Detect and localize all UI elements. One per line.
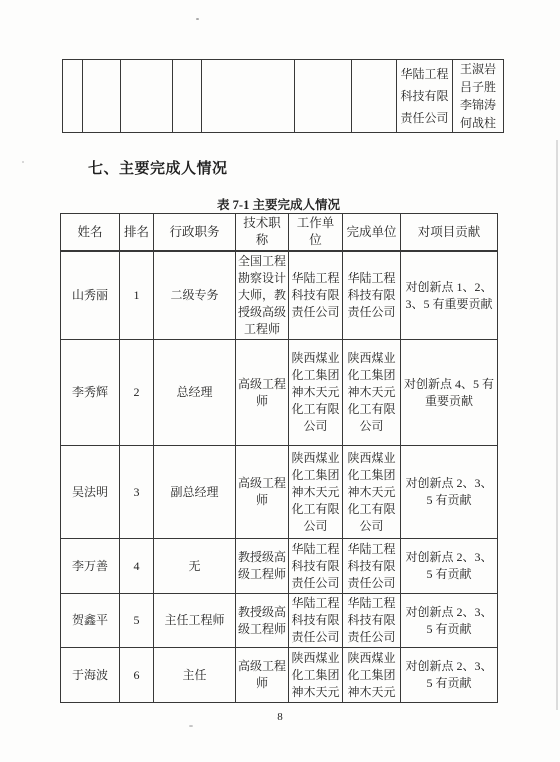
cell-name: 吴法明 xyxy=(61,446,120,539)
header-cell-name: 姓名 xyxy=(61,214,120,252)
completers-table: 姓名 排名 行政职务 技术职称 工作单位 完成单位 对项目贡献 山秀丽 1 二级… xyxy=(60,213,498,703)
cell-completing-unit: 陕西煤业化工集团神木天元化工有限公司 xyxy=(343,340,401,446)
table-row: 山秀丽 1 二级专务 全国工程勘察设计大师，教授级高级工程师 华陆工程科技有限责… xyxy=(61,251,498,340)
cell-tech-title: 高级工程师 xyxy=(236,340,289,446)
empty-cell xyxy=(352,60,397,133)
empty-cell xyxy=(121,60,173,133)
cell-admin-title: 总经理 xyxy=(154,340,236,446)
cell-rank: 2 xyxy=(120,340,154,446)
header-cell-contribution: 对项目贡献 xyxy=(401,214,498,252)
cell-admin-title: 副总经理 xyxy=(154,446,236,539)
cell-completing-unit: 陕西煤业化工集团神木天元化工有限公司 xyxy=(343,446,401,539)
empty-cell xyxy=(173,60,202,133)
cell-work-unit: 华陆工程科技有限责任公司 xyxy=(289,539,343,594)
cell-work-unit: 陕西煤业化工集团神木天元化工有限公司 xyxy=(289,446,343,539)
table-row: 于海波 6 主任 高级工程师 陕西煤业化工集团神木天元 陕西煤业化工集团神木天元… xyxy=(61,648,498,703)
scan-speck xyxy=(22,161,24,163)
cell-name: 李万善 xyxy=(61,539,120,594)
cell-tech-title: 全国工程勘察设计大师，教授级高级工程师 xyxy=(236,251,289,340)
empty-cell xyxy=(295,60,352,133)
cell-work-unit: 陕西煤业化工集团神木天元 xyxy=(289,648,343,703)
empty-cell xyxy=(63,60,83,133)
header-cell-work-unit: 工作单位 xyxy=(289,214,343,252)
unit-cell: 华陆工程科技有限责任公司 xyxy=(397,60,453,133)
cell-admin-title: 无 xyxy=(154,539,236,594)
table-row: 李秀辉 2 总经理 高级工程师 陕西煤业化工集团神木天元化工有限公司 陕西煤业化… xyxy=(61,340,498,446)
cell-name: 于海波 xyxy=(61,648,120,703)
cell-rank: 4 xyxy=(120,539,154,594)
page-number: 8 xyxy=(0,711,560,723)
table-title: 表 7-1 主要完成人情况 xyxy=(60,195,497,213)
cell-tech-title: 高级工程师 xyxy=(236,446,289,539)
cell-contribution: 对创新点 2、3、5 有贡献 xyxy=(401,594,498,648)
cell-work-unit: 华陆工程科技有限责任公司 xyxy=(289,251,343,340)
cell-completing-unit: 华陆工程科技有限责任公司 xyxy=(343,251,401,340)
cell-completing-unit: 华陆工程科技有限责任公司 xyxy=(343,594,401,648)
cell-completing-unit: 陕西煤业化工集团神木天元 xyxy=(343,648,401,703)
document-page: 华陆工程科技有限责任公司 王淑岩 吕子胜 李锦涛 何战柱 七、主要完成人情况 表… xyxy=(0,0,560,762)
cell-admin-title: 主任 xyxy=(154,648,236,703)
cell-contribution: 对创新点 2、3、5 有贡献 xyxy=(401,648,498,703)
cell-contribution: 对创新点 1、2、3、5 有重要贡献 xyxy=(401,251,498,340)
cell-rank: 1 xyxy=(120,251,154,340)
cell-rank: 6 xyxy=(120,648,154,703)
table-row: 贺鑫平 5 主任工程师 教授级高级工程师 华陆工程科技有限责任公司 华陆工程科技… xyxy=(61,594,498,648)
cell-admin-title: 二级专务 xyxy=(154,251,236,340)
cell-name: 贺鑫平 xyxy=(61,594,120,648)
table-row: 吴法明 3 副总经理 高级工程师 陕西煤业化工集团神木天元化工有限公司 陕西煤业… xyxy=(61,446,498,539)
scan-speck xyxy=(196,18,199,20)
names-cell: 王淑岩 吕子胜 李锦涛 何战柱 xyxy=(453,60,504,133)
cell-rank: 5 xyxy=(120,594,154,648)
cell-rank: 3 xyxy=(120,446,154,539)
cell-contribution: 对创新点 2、3、5 有贡献 xyxy=(401,446,498,539)
cell-name: 山秀丽 xyxy=(61,251,120,340)
scan-edge-artifact xyxy=(556,140,558,710)
table-header-row: 姓名 排名 行政职务 技术职称 工作单位 完成单位 对项目贡献 xyxy=(61,214,498,252)
scan-speck xyxy=(189,725,193,727)
section-heading: 七、主要完成人情况 xyxy=(88,157,228,178)
cell-admin-title: 主任工程师 xyxy=(154,594,236,648)
empty-cell xyxy=(83,60,121,133)
table-row: 华陆工程科技有限责任公司 王淑岩 吕子胜 李锦涛 何战柱 xyxy=(63,60,504,133)
table-row: 李万善 4 无 教授级高级工程师 华陆工程科技有限责任公司 华陆工程科技有限责任… xyxy=(61,539,498,594)
cell-completing-unit: 华陆工程科技有限责任公司 xyxy=(343,539,401,594)
header-cell-admin-title: 行政职务 xyxy=(154,214,236,252)
header-cell-completing-unit: 完成单位 xyxy=(343,214,401,252)
header-cell-tech-title: 技术职称 xyxy=(236,214,289,252)
cell-name: 李秀辉 xyxy=(61,340,120,446)
cell-contribution: 对创新点 2、3、5 有贡献 xyxy=(401,539,498,594)
cell-tech-title: 高级工程师 xyxy=(236,648,289,703)
cell-contribution: 对创新点 4、5 有重要贡献 xyxy=(401,340,498,446)
cell-tech-title: 教授级高级工程师 xyxy=(236,594,289,648)
empty-cell xyxy=(202,60,295,133)
cell-tech-title: 教授级高级工程师 xyxy=(236,539,289,594)
cell-work-unit: 华陆工程科技有限责任公司 xyxy=(289,594,343,648)
header-cell-rank: 排名 xyxy=(120,214,154,252)
cell-work-unit: 陕西煤业化工集团神木天元化工有限公司 xyxy=(289,340,343,446)
continuation-table: 华陆工程科技有限责任公司 王淑岩 吕子胜 李锦涛 何战柱 xyxy=(62,59,504,133)
